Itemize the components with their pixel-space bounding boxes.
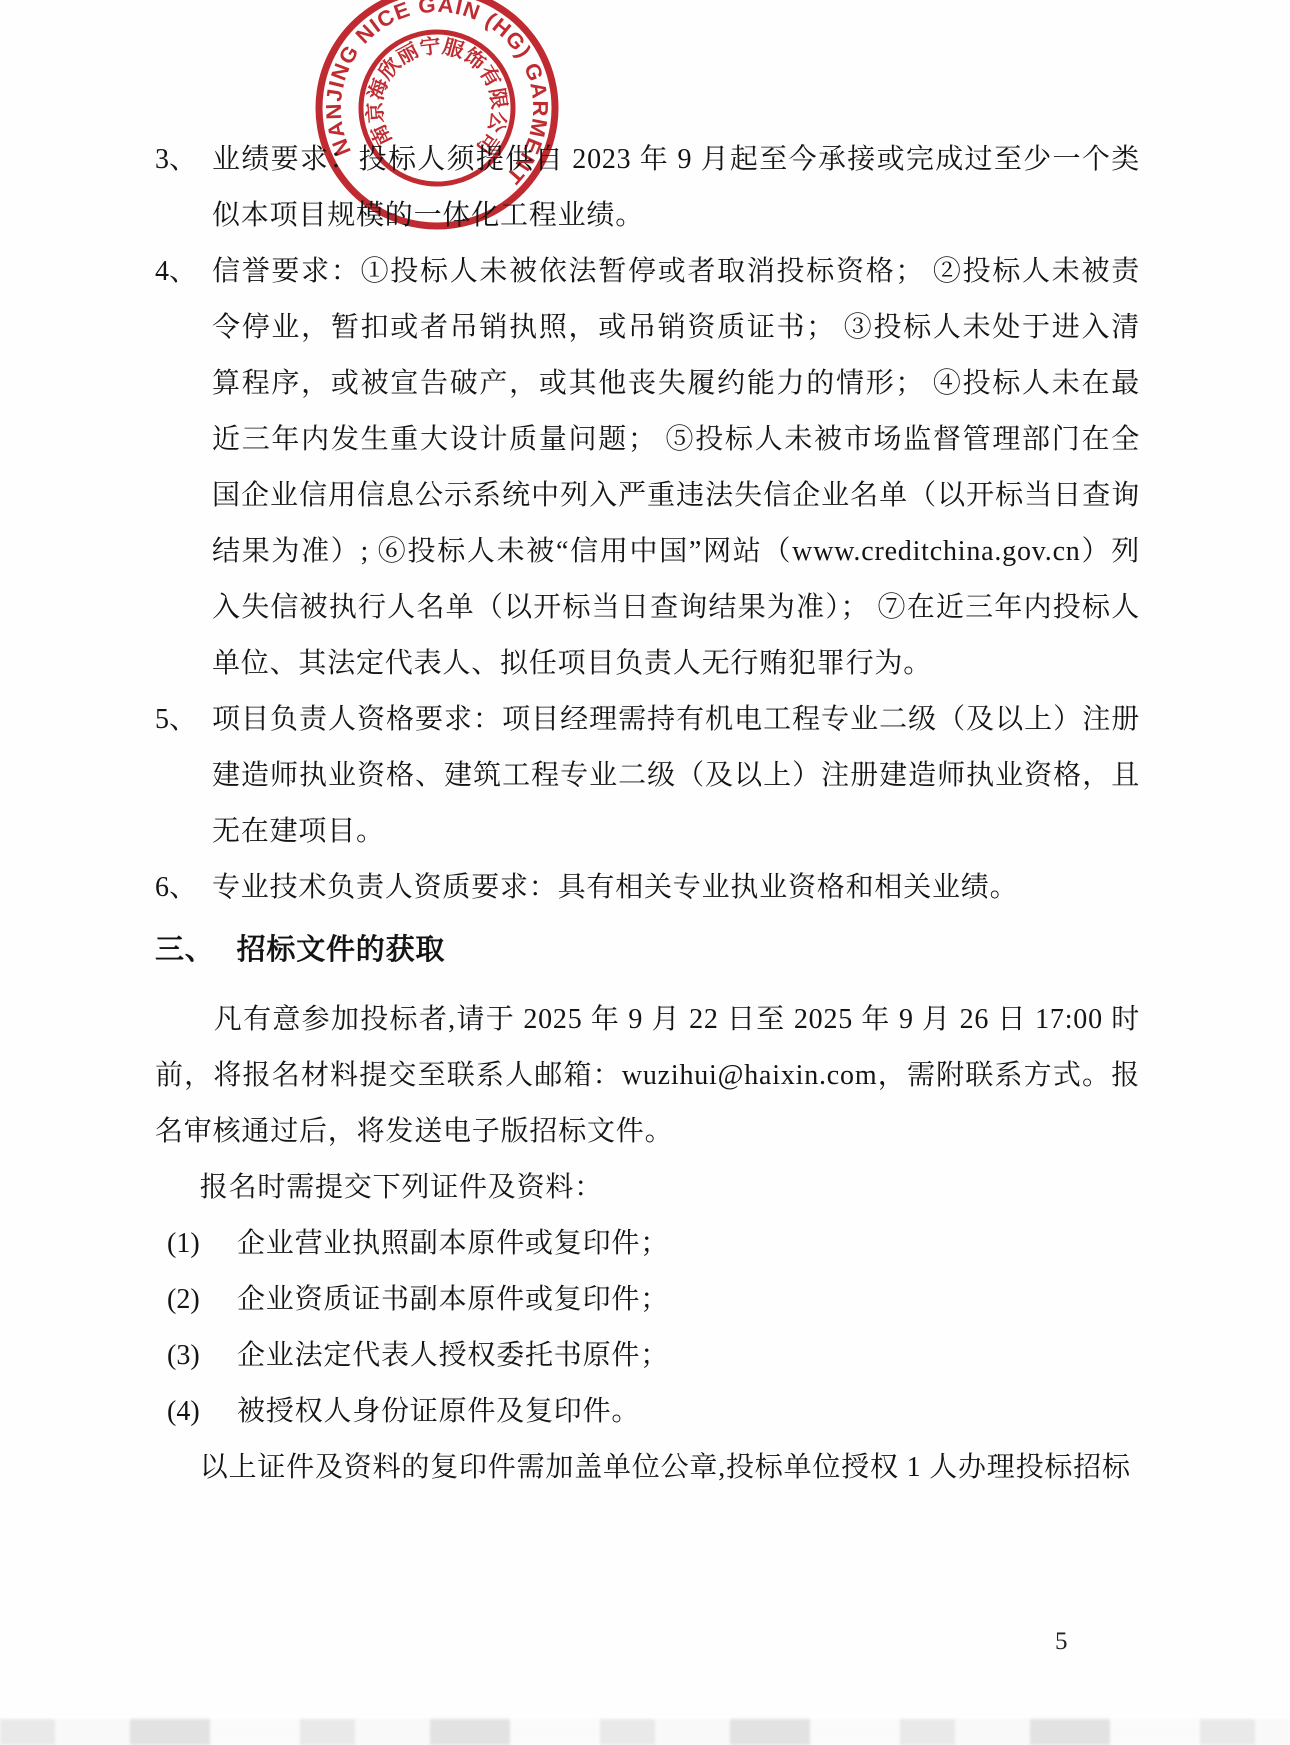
requirement-item-6: 6、 专业技术负责人资质要求：具有相关专业执业资格和相关业绩。 [155,860,1140,916]
doc-text: 企业营业执照副本原件或复印件； [237,1228,669,1259]
item-text: 项目负责人资格要求：项目经理需持有机电工程专业二级（及以上）注册建造师执业资格、… [212,704,1140,847]
requirement-item-5: 5、 项目负责人资格要求：项目经理需持有机电工程专业二级（及以上）注册建造师执业… [155,692,1140,860]
document-item-3: (3) 企业法定代表人授权委托书原件； [155,1328,1140,1384]
scan-artifact-edge [0,1719,1290,1745]
document-item-1: (1) 企业营业执照副本原件或复印件； [155,1216,1140,1272]
item-text: 专业技术负责人资质要求：具有相关专业执业资格和相关业绩。 [212,872,1018,903]
document-body: 3、 业绩要求：投标人须提供自 2023 年 9 月起至今承接或完成过至少一个类… [155,132,1140,1496]
section-title: 招标文件的获取 [237,934,446,966]
item-number: 6、 [155,860,212,916]
doc-text: 被授权人身份证原件及复印件。 [237,1396,640,1427]
doc-number: (1) [167,1216,200,1272]
submit-note-paragraph: 报名时需提交下列证件及资料： [155,1160,1140,1216]
closing-paragraph: 以上证件及资料的复印件需加盖单位公章,投标单位授权 1 人办理投标招标 [155,1440,1140,1496]
doc-number: (4) [167,1384,200,1440]
item-number: 4、 [155,244,212,300]
doc-number: (2) [167,1272,200,1328]
item-number: 5、 [155,692,212,748]
requirement-item-3: 3、 业绩要求：投标人须提供自 2023 年 9 月起至今承接或完成过至少一个类… [155,132,1140,244]
item-number: 3、 [155,132,212,188]
section-heading: 三、招标文件的获取 [155,922,1140,978]
item-text: 信誉要求：①投标人未被依法暂停或者取消投标资格； ②投标人未被责令停业，暂扣或者… [212,256,1140,679]
document-item-4: (4) 被授权人身份证原件及复印件。 [155,1384,1140,1440]
intro-paragraph: 凡有意参加投标者,请于 2025 年 9 月 22 日至 2025 年 9 月 … [155,992,1140,1160]
doc-text: 企业法定代表人授权委托书原件； [237,1340,669,1371]
document-item-2: (2) 企业资质证书副本原件或复印件； [155,1272,1140,1328]
page-number: 5 [1055,1628,1068,1656]
document-page: NANJING NICE GAIN (HG) GARMENT CO. 南京海欣丽… [0,0,1290,1745]
item-text: 业绩要求：投标人须提供自 2023 年 9 月起至今承接或完成过至少一个类似本项… [212,144,1140,231]
requirement-item-4: 4、 信誉要求：①投标人未被依法暂停或者取消投标资格； ②投标人未被责令停业，暂… [155,244,1140,692]
doc-number: (3) [167,1328,200,1384]
doc-text: 企业资质证书副本原件或复印件； [237,1284,669,1315]
section-number: 三、 [155,934,215,966]
